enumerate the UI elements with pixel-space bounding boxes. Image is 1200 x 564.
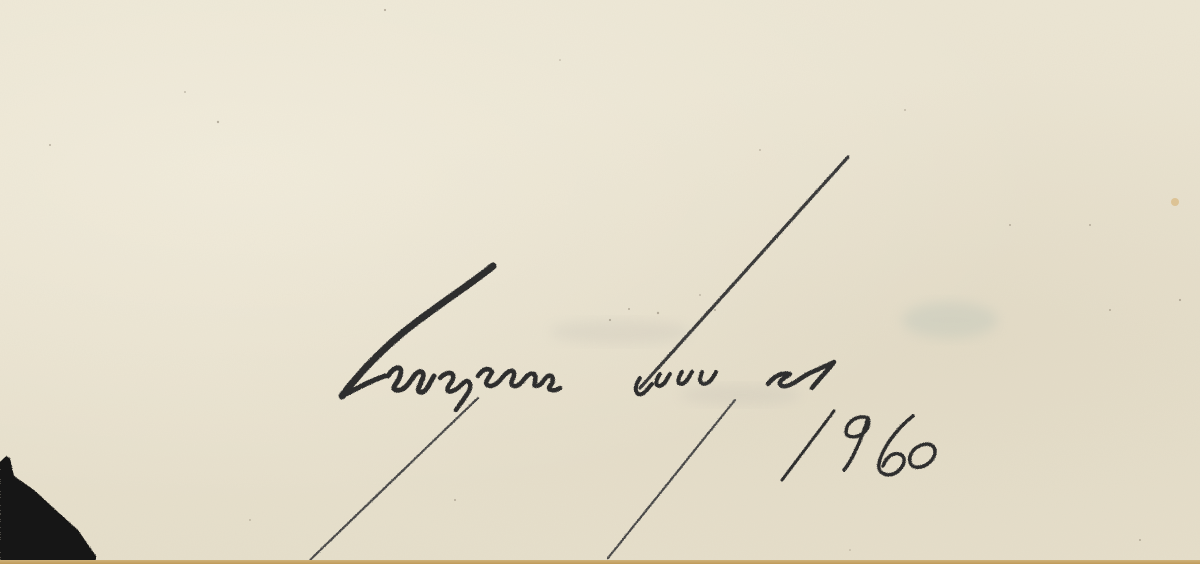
foxing-spot xyxy=(1171,198,1179,206)
graphite-smudge xyxy=(680,385,800,405)
paper-texture xyxy=(0,0,1200,564)
paper-stain xyxy=(902,302,998,338)
mat-edge xyxy=(0,560,1200,564)
graphite-smudge xyxy=(550,320,690,344)
drawing-canvas xyxy=(0,0,1200,564)
artwork-paper: Eugene Leyer 1960 xyxy=(0,0,1200,564)
